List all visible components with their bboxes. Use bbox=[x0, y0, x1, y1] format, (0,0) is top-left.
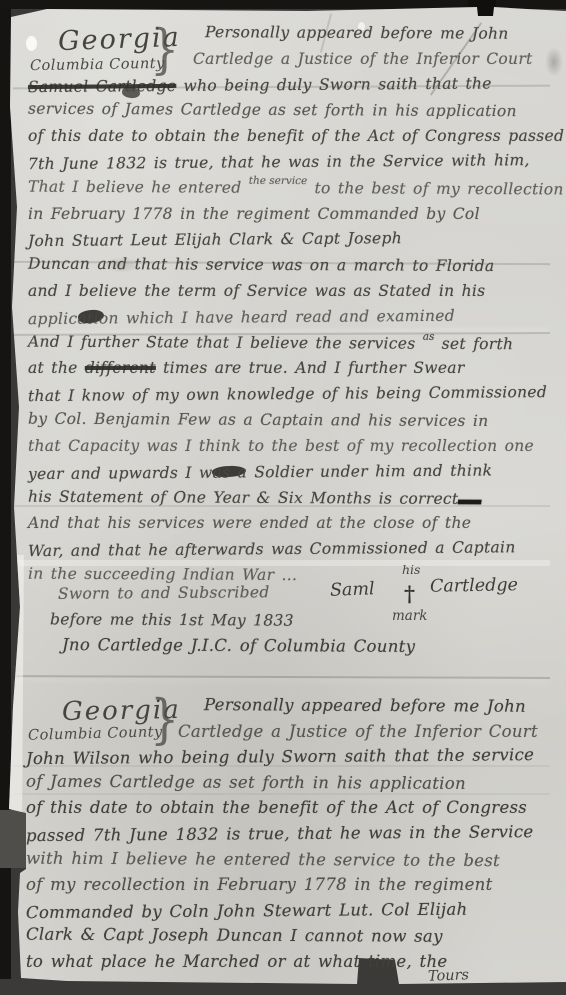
manuscript-text: set forth bbox=[434, 334, 513, 352]
manuscript-text: passed 7th June 1832 is true, that he wa… bbox=[26, 822, 534, 845]
manuscript-text: Cartledge a Justice of the Inferior Cour… bbox=[178, 722, 538, 741]
manuscript-line: application which I have heard read and … bbox=[28, 306, 554, 336]
brace-flourish-icon: } bbox=[150, 18, 179, 80]
paper-seam bbox=[13, 675, 550, 679]
manuscript-line: by Col. Benjamin Few as a Captain and hi… bbox=[28, 410, 554, 439]
signature-surname: Cartledge bbox=[430, 575, 518, 597]
manuscript-line: Personally appeared before me John bbox=[204, 695, 560, 722]
manuscript-text: his Statement of One Year & Six Months i… bbox=[28, 488, 459, 508]
manuscript-line: of this date to obtain the benefit of th… bbox=[26, 798, 560, 824]
manuscript-text: to what place he Marched or at what time… bbox=[26, 952, 447, 971]
manuscript-text: to the best of my recollection bbox=[307, 179, 564, 198]
manuscript-line: his Statement of One Year & Six Months i… bbox=[28, 487, 554, 516]
manuscript-line: and I believe the term of Service was as… bbox=[28, 282, 554, 308]
manuscript-text: with him I believe he entered the servic… bbox=[26, 848, 500, 869]
manuscript-line: at the different times are true. And I f… bbox=[28, 359, 554, 385]
signature-given-name: Saml bbox=[330, 579, 375, 601]
manuscript-text: year and upwards I was a Soldier under h… bbox=[28, 461, 492, 483]
manuscript-line: that I know of my own knowledge of his b… bbox=[28, 383, 554, 413]
manuscript-text: by Col. Benjamin Few as a Captain and hi… bbox=[28, 410, 489, 430]
manuscript-text: Clark & Capt Joseph Duncan I cannot now … bbox=[26, 925, 443, 946]
manuscript-line: And that his services were ended at the … bbox=[28, 514, 554, 540]
manuscript-text: John Wilson who being duly Sworn saith t… bbox=[26, 745, 534, 768]
manuscript-text: Personally appeared before me John bbox=[204, 695, 526, 716]
manuscript-text: That I believe he entered bbox=[28, 177, 249, 196]
manuscript-line: John Stuart Leut Elijah Clark & Capt Jos… bbox=[28, 228, 554, 258]
deposition-2: Georgia Columbia County } Personally app… bbox=[26, 696, 560, 978]
manuscript-text: that Capacity was I think to the best of… bbox=[28, 437, 534, 455]
signature-mark-icon: † bbox=[404, 581, 415, 606]
county-heading: Columbia County bbox=[30, 56, 165, 74]
manuscript-text: And that his services were ended at the … bbox=[28, 514, 471, 532]
manuscript-text: who being duly Sworn saith that the bbox=[176, 74, 492, 94]
signature-his-label: his bbox=[402, 562, 420, 577]
manuscript-line: with him I believe he entered the servic… bbox=[26, 848, 560, 876]
manuscript-text: in the succeeding Indian War ... bbox=[28, 564, 297, 583]
deposition-1: Georgia Columbia County } Personally app… bbox=[28, 24, 554, 592]
manuscript-line: services of James Cartledge as set forth… bbox=[28, 100, 554, 129]
manuscript-line: Cartledge a Justice of the Inferior Cour… bbox=[193, 50, 554, 76]
manuscript-line: Personally appeared before me John bbox=[205, 23, 554, 51]
manuscript-text: John Stuart Leut Elijah Clark & Capt Jos… bbox=[28, 230, 402, 251]
manuscript-line: Cartledge a Justice of the Inferior Cour… bbox=[178, 722, 560, 748]
manuscript-text: Duncan and that his service was on a mar… bbox=[28, 255, 495, 275]
brace-flourish-icon: } bbox=[150, 688, 179, 750]
manuscript-text: at the bbox=[28, 359, 85, 377]
manuscript-text: War, and that he afterwards was Commissi… bbox=[28, 538, 516, 560]
manuscript-line: Clark & Capt Joseph Duncan I cannot now … bbox=[26, 925, 560, 953]
manuscript-line: of my recollection in February 1778 in t… bbox=[26, 875, 560, 901]
manuscript-text: 7th June 1832 is true, that he was in th… bbox=[28, 151, 530, 173]
deposition-1-body: Personally appeared before me JohnCartle… bbox=[28, 24, 554, 592]
manuscript-text: Personally appeared before me John bbox=[205, 23, 509, 43]
attestation-line-1: Sworn to and Subscribed bbox=[58, 583, 270, 603]
signature-mark-label: mark bbox=[392, 608, 427, 624]
manuscript-text: of this date to obtain the benefit of th… bbox=[26, 798, 527, 817]
scanned-document-page: Georgia Columbia County } Personally app… bbox=[0, 0, 566, 995]
manuscript-text: Commanded by Coln John Stewart Lut. Col … bbox=[26, 899, 468, 921]
manuscript-text: that I know of my own knowledge of his b… bbox=[28, 383, 547, 405]
manuscript-line: of James Cartledge as set forth in his a… bbox=[26, 771, 560, 799]
manuscript-text: Cartledge a Justice of the Inferior Cour… bbox=[193, 50, 533, 68]
interlined-insertion: as bbox=[423, 330, 435, 342]
manuscript-line: of this date to obtain the benefit of th… bbox=[28, 127, 554, 153]
manuscript-line: that Capacity was I think to the best of… bbox=[28, 437, 554, 463]
manuscript-line: to what place he Marched or at what time… bbox=[26, 952, 560, 978]
manuscript-line: Duncan and that his service was on a mar… bbox=[28, 255, 554, 284]
manuscript-line: John Wilson who being duly Sworn saith t… bbox=[26, 745, 560, 775]
officer-attestation-line: Jno Cartledge J.I.C. of Columbia County bbox=[62, 635, 415, 656]
manuscript-text: And I further State that I believe the s… bbox=[28, 332, 423, 352]
catchword: Tours bbox=[428, 967, 470, 984]
manuscript-line: And I further State that I believe the s… bbox=[28, 332, 554, 361]
manuscript-text: of my recollection in February 1778 in t… bbox=[26, 875, 493, 894]
interlined-insertion: the service bbox=[249, 175, 308, 187]
manuscript-text: application which I have heard read and … bbox=[28, 306, 455, 327]
manuscript-text: of this date to obtain the benefit of th… bbox=[28, 127, 564, 145]
manuscript-line: War, and that he afterwards was Commissi… bbox=[28, 538, 554, 568]
struck-through-text: different bbox=[85, 359, 156, 377]
manuscript-line: Commanded by Coln John Stewart Lut. Col … bbox=[26, 899, 560, 929]
manuscript-line: Samuel Cartledge who being duly Sworn sa… bbox=[28, 74, 554, 104]
manuscript-line: passed 7th June 1832 is true, that he wa… bbox=[26, 822, 560, 852]
manuscript-line: That I believe he entered the service to… bbox=[28, 177, 554, 206]
manuscript-text: in February 1778 in the regiment Command… bbox=[28, 205, 480, 223]
struck-through-text: Samuel Cartledge bbox=[28, 76, 176, 95]
attestation-line-2: before me this 1st May 1833 bbox=[50, 610, 294, 629]
manuscript-text: services of James Cartledge as set forth… bbox=[28, 100, 517, 121]
manuscript-text: times are true. And I further Swear bbox=[156, 359, 465, 377]
manuscript-text: and I believe the term of Service was as… bbox=[28, 282, 485, 300]
manuscript-text: of James Cartledge as set forth in his a… bbox=[26, 771, 466, 792]
manuscript-line: in February 1778 in the regiment Command… bbox=[28, 205, 554, 231]
